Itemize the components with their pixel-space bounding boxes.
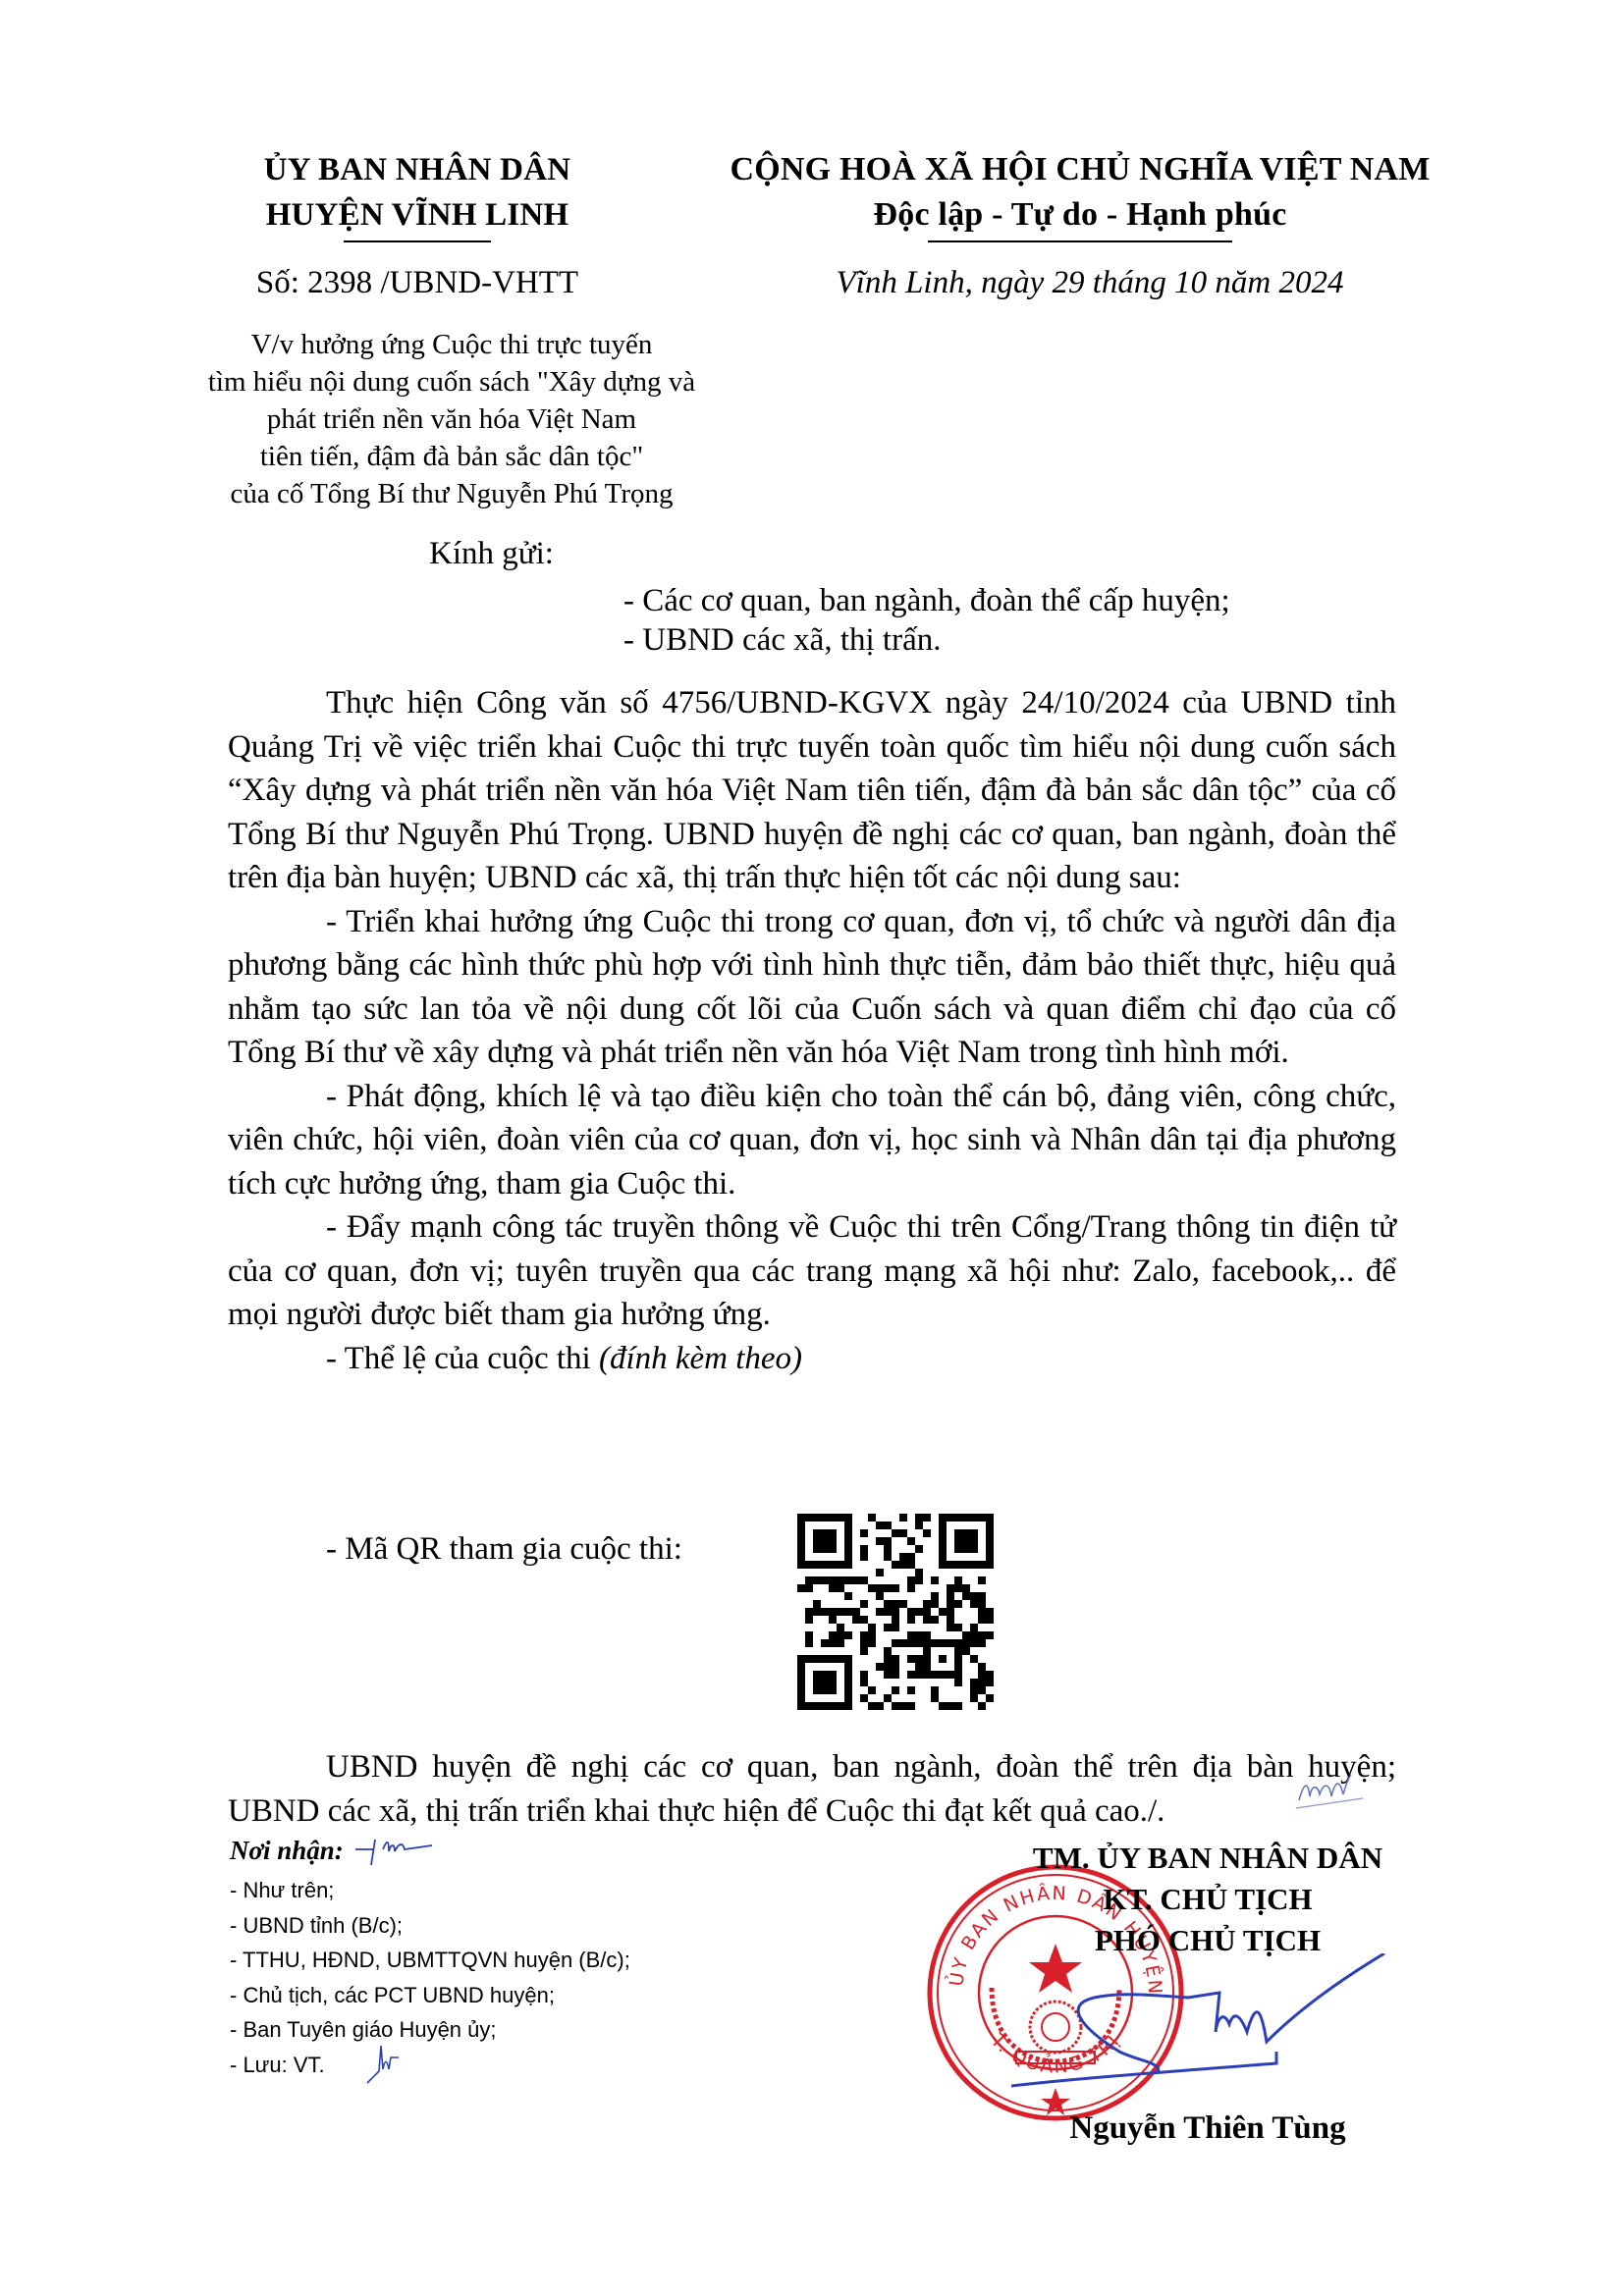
- issuing-agency: ỦY BAN NHÂN DÂN HUYỆN VĨNH LINH: [187, 147, 648, 242]
- subject-line: V/v hưởng ứng Cuộc thi trực tuyến: [147, 326, 756, 363]
- task-item: - Phát động, khích lệ và tạo điều kiện c…: [228, 1075, 1396, 1206]
- recipient-item: - Lưu: VT.: [230, 2048, 630, 2083]
- recipient-item: - UBND tỉnh (B/c);: [230, 1908, 630, 1944]
- recipients-list: - Như trên; - UBND tỉnh (B/c); - TTHU, H…: [230, 1873, 630, 2082]
- addressee-item: - Các cơ quan, ban ngành, đoàn thể cấp h…: [623, 583, 1230, 619]
- signature-block: TM. ỦY BAN NHÂN DÂN KT. CHỦ TỊCH PHÓ CHỦ…: [972, 1838, 1443, 1961]
- place-date: Vĩnh Linh, ngày 29 tháng 10 năm 2024: [736, 265, 1443, 301]
- recipient-item: - Ban Tuyên giáo Huyện ủy;: [230, 2012, 630, 2048]
- addressee-item: - UBND các xã, thị trấn.: [623, 622, 941, 659]
- recipient-item: - TTHU, HĐND, UBMTTQVN huyện (B/c);: [230, 1943, 630, 1978]
- rules-label: - Thể lệ của cuộc thi: [326, 1341, 591, 1376]
- agency-underline: [344, 240, 491, 242]
- national-motto: CỘNG HOÀ XÃ HỘI CHỦ NGHĨA VIỆT NAM Độc l…: [677, 147, 1483, 242]
- addressee-label: Kính gửi:: [429, 536, 554, 572]
- subject-block: V/v hưởng ứng Cuộc thi trực tuyến tìm hi…: [147, 326, 756, 512]
- motto-underline: [928, 240, 1232, 242]
- qr-label: - Mã QR tham gia cuộc thi:: [326, 1531, 682, 1568]
- subject-line: tiên tiến, đậm đà bản sắc dân tộc": [147, 438, 756, 475]
- initial-mark-icon: [1294, 1773, 1382, 1812]
- rules-note: (đính kèm theo): [599, 1341, 802, 1376]
- recipients-title: Nơi nhận:: [230, 1836, 344, 1866]
- subject-line: phát triển nền văn hóa Việt Nam: [147, 400, 756, 438]
- nation-line-1: CỘNG HOÀ XÃ HỘI CHỦ NGHĨA VIỆT NAM: [677, 147, 1483, 192]
- closing-sentence: UBND huyện đề nghị các cơ quan, ban ngàn…: [228, 1749, 1396, 1829]
- signature-line-2: KT. CHỦ TỊCH: [972, 1879, 1443, 1920]
- qr-code[interactable]: [797, 1514, 994, 1710]
- intro-paragraph: Thực hiện Công văn số 4756/UBND-KGVX ngà…: [228, 681, 1396, 900]
- recipient-item: - Chủ tịch, các PCT UBND huyện;: [230, 1978, 630, 2013]
- signer-name: Nguyễn Thiên Tùng: [972, 2110, 1443, 2147]
- agency-line-1: ỦY BAN NHÂN DÂN: [187, 147, 648, 192]
- subject-line: của cố Tổng Bí thư Nguyễn Phú Trọng: [147, 475, 756, 512]
- document-number: Số: 2398 /UBND-VHTT: [187, 265, 648, 301]
- initial-mark-icon: [363, 2040, 403, 2089]
- nation-line-2: Độc lập - Tự do - Hạnh phúc: [677, 192, 1483, 238]
- handwritten-signature-icon: [1011, 1953, 1424, 2101]
- recipient-item: - Như trên;: [230, 1873, 630, 1908]
- subject-line: tìm hiểu nội dung cuốn sách "Xây dựng và: [147, 363, 756, 400]
- initial-mark-icon: [353, 1838, 442, 1867]
- rules-item: - Thể lệ của cuộc thi (đính kèm theo): [228, 1337, 1396, 1381]
- body-content: Thực hiện Công văn số 4756/UBND-KGVX ngà…: [228, 681, 1396, 1380]
- task-item: - Triển khai hưởng ứng Cuộc thi trong cơ…: [228, 900, 1396, 1075]
- agency-line-2: HUYỆN VĨNH LINH: [187, 192, 648, 238]
- task-item: - Đẩy mạnh công tác truyền thông về Cuộc…: [228, 1205, 1396, 1337]
- signature-line-1: TM. ỦY BAN NHÂN DÂN: [972, 1838, 1443, 1879]
- closing-paragraph: UBND huyện đề nghị các cơ quan, ban ngàn…: [228, 1745, 1396, 1833]
- closing-text: UBND huyện đề nghị các cơ quan, ban ngàn…: [228, 1745, 1396, 1833]
